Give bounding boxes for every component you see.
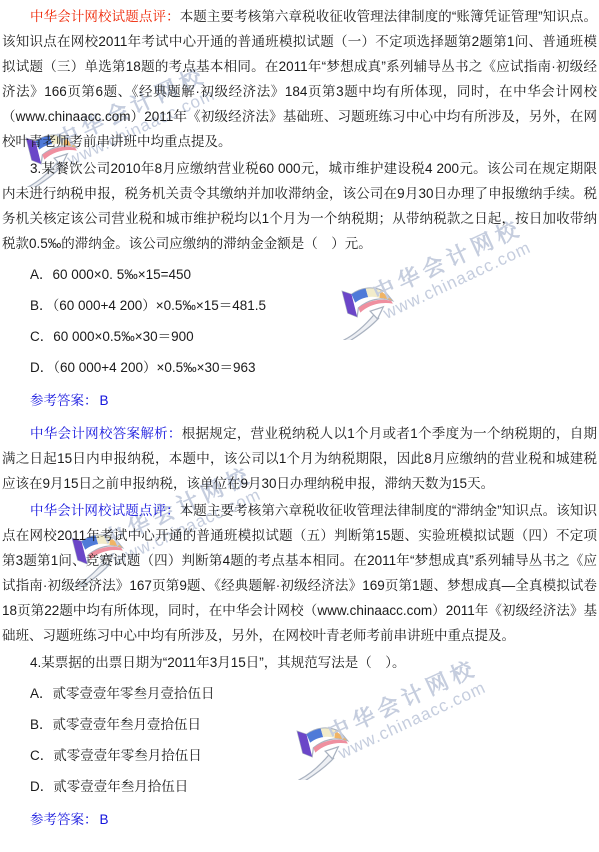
question3-text: 3.某餐饮公司2010年8月应缴纳营业税60 000元，城市维护建设税4 200… <box>2 156 597 256</box>
answer-value: B <box>100 393 109 408</box>
question4-option-c: C．贰零壹壹年零叁月拾伍日 <box>30 743 597 768</box>
question3-options: A．60 000×0. 5‰×15=450 B．（60 000+4 200）×0… <box>2 262 597 380</box>
question4-option-b: B．贰零壹壹年叁月壹拾伍日 <box>30 712 597 737</box>
question4-options: A．贰零壹壹年零叁月壹拾伍日 B．贰零壹壹年叁月壹拾伍日 C．贰零壹壹年零叁月拾… <box>2 681 597 799</box>
commentary1-label: 中华会计网校试题点评： <box>30 9 180 24</box>
commentary1-paragraph: 中华会计网校试题点评：本题主要考核第六章税收征收管理法律制度的“账簿凭证管理”知… <box>2 4 597 154</box>
answer-label: 参考答案： <box>30 393 98 408</box>
commentary1-text: 本题主要考核第六章税收征收管理法律制度的“账簿凭证管理”知识点。该知识点在网校2… <box>2 9 597 149</box>
answer-value: B <box>100 812 109 827</box>
exam-commentary-content: 中华会计网校试题点评：本题主要考核第六章税收征收管理法律制度的“账簿凭证管理”知… <box>0 0 599 832</box>
analysis-label: 中华会计网校答案解析： <box>30 426 182 441</box>
commentary2-paragraph: 中华会计网校试题点评：本题主要考核第六章税收征收管理法律制度的“滞纳金”知识点。… <box>2 498 597 648</box>
question4-answer: 参考答案：B <box>30 807 597 832</box>
answer-label: 参考答案： <box>30 812 98 827</box>
question3-option-c: C．60 000×0.5‰×30＝900 <box>30 324 597 349</box>
analysis-paragraph: 中华会计网校答案解析：根据规定，营业税纳税人以1个月或者1个季度为一个纳税期的，… <box>2 421 597 496</box>
question3-answer: 参考答案：B <box>30 388 597 413</box>
question4-option-a: A．贰零壹壹年零叁月壹拾伍日 <box>30 681 597 706</box>
commentary2-text: 本题主要考核第六章税收征收管理法律制度的“滞纳金”知识点。该知识点在网校2011… <box>2 503 597 643</box>
commentary2-label: 中华会计网校试题点评： <box>30 503 180 518</box>
question3-option-a: A．60 000×0. 5‰×15=450 <box>30 262 597 287</box>
question4-text: 4.某票据的出票日期为“2011年3月15日”，其规范写法是（ ）。 <box>2 650 597 675</box>
question4-option-d: D．贰零壹壹年叁月拾伍日 <box>30 774 597 799</box>
page: { "colors": { "page_bg": "#ffffff", "bod… <box>0 0 599 852</box>
question3-option-d: D．（60 000+4 200）×0.5‰×30＝963 <box>30 355 597 380</box>
question3-option-b: B．（60 000+4 200）×0.5‰×15＝481.5 <box>30 293 597 318</box>
